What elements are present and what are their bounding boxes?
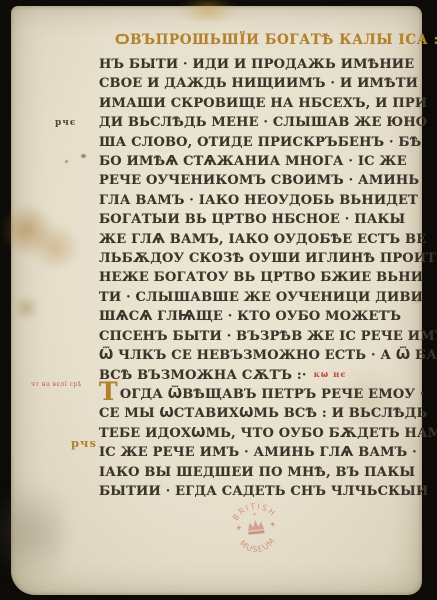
- manuscript-line: ЖЕ ГЛѦ ВАМЪ, ІАКО ОУДОБѢЕ ЕСТЪ ВЕ: [99, 230, 401, 249]
- manuscript-line-text: ВСѢ ВЪЗМОЖНА СѪТЪ :·: [99, 368, 307, 383]
- manuscript-line: НЕЖЕ БОГАТОУ ВЬ ЦРТВО БЖИЕ ВЬНИ: [99, 268, 401, 287]
- manuscript-line: СЕ МЫ ѠСТАВИХѠМЬ ВСѢ : И ВЬСЛѢДЬ: [99, 404, 401, 423]
- gold-initial-letter: Т: [99, 385, 118, 399]
- foxing-stain: [11, 296, 41, 320]
- manuscript-line: РЕЧЕ ОУЧЕНИКОМЪ СВОИМЪ · АМИНЬ: [99, 171, 401, 190]
- manuscript-line: ШѦСѦ ГЛѨЩЕ · КТО ОУБО МОЖЕТЪ: [99, 307, 401, 326]
- manuscript-line: ГЛА ВАМЪ · ІАКО НЕОУДОБЬ ВЬНИДЕТ: [99, 191, 401, 210]
- ink-speck: [81, 154, 86, 158]
- manuscript-line: ІАКО ВЫ ШЕДШЕИ ПО МНѢ, ВЪ ПАКЫ: [99, 463, 401, 482]
- manuscript-line: БОГАТЫИ ВЬ ЦРТВО НБСНОЕ · ПАКЫ: [99, 210, 401, 229]
- corner-stain: [0, 472, 65, 592]
- british-museum-stamp: BRITISH MUSEUM: [224, 497, 288, 561]
- margin-section-number-upper: рчє: [55, 118, 76, 128]
- photo-background: рчє чт на вєлї срѣ рчѕ ѺВЪПРОШЬШЇИ БОГАТ…: [0, 0, 437, 600]
- manuscript-line-text: ОГДА ѾВѢЩАВЪ ПЕТРЪ РЕЧЕ ЕМОУ ·: [120, 387, 425, 402]
- stamp-text-top: BRITISH: [230, 500, 279, 523]
- foxing-stain: [1, 202, 53, 258]
- manuscript-line: ДИ ВЬСЛѢДЬ МЕНЕ · СЛЫШАВ ЖЕ ЮНО: [99, 113, 401, 132]
- manuscript-line: ЛЬБѪДОУ СКОЗѢ ОУШИ ИГЛИНѢ ПРОИТИ,: [99, 249, 401, 268]
- end-of-reading-rubric: кѡ нє: [314, 370, 347, 380]
- svg-text:BRITISH: BRITISH: [230, 500, 279, 523]
- manuscript-page: рчє чт на вєлї срѣ рчѕ ѺВЪПРОШЬШЇИ БОГАТ…: [11, 6, 422, 595]
- manuscript-line: ША СЛОВО, ОТИДЕ ПРИСКРЪБЕНЪ · БѢ: [99, 133, 401, 152]
- manuscript-line: СПСЕНЪ БЫТИ · ВЪЗРѢВ ЖЕ ІС РЕЧЕ ИМЪ ·: [99, 327, 401, 346]
- manuscript-line: СВОЕ И ДАЖДЬ НИЩИИМЪ · И ИМѢТИ: [99, 74, 401, 93]
- text-block: ѺВЪПРОШЬШЇИ БОГАТѢ КАЛЫ ІСА :~ НЪ БЫТИ ·…: [99, 32, 401, 501]
- manuscript-line: БО ИМѢѦ СТѦЖАНИА МНОГА · ІС ЖЕ: [99, 152, 401, 171]
- manuscript-line: ТОГДА ѾВѢЩАВЪ ПЕТРЪ РЕЧЕ ЕМОУ ·: [99, 385, 401, 404]
- stamp-crown-icon: [246, 512, 264, 535]
- ink-speck: [65, 160, 68, 163]
- ink-offset-stain: [169, 1, 247, 19]
- stamp-text-bottom: MUSEUM: [237, 535, 278, 556]
- manuscript-line: ТЕБЕ ИДОХѠМЬ, ЧТО ОУБО БѪДЕТЬ НАМ: [99, 424, 401, 443]
- margin-reading-rubric: чт на вєлї срѣ: [31, 381, 82, 388]
- manuscript-line: ВСѢ ВЪЗМОЖНА СѪТЪ :·кѡ нє: [99, 366, 401, 385]
- manuscript-line: ІС ЖЕ РЕЧЕ ИМЪ · АМИНЬ ГЛѦ ВАМЪ ·: [99, 443, 401, 462]
- manuscript-line: БЫТИИ · ЕГДА САДЕТЬ СНЪ ЧЛЧЬСКЫИ: [99, 482, 401, 501]
- svg-text:MUSEUM: MUSEUM: [237, 535, 278, 556]
- foxing-stain: [27, 226, 83, 268]
- manuscript-line: Ѿ ЧЛКЪ СЕ НЕВЪЗМОЖНО ЕСТЬ · А Ѿ БА: [99, 346, 401, 365]
- manuscript-line: НЪ БЫТИ · ИДИ И ПРОДАЖЬ ИМѢНИЕ: [99, 55, 401, 74]
- manuscript-line: ТИ · СЛЫШАВШЕ ЖЕ ОУЧЕНИЦИ ДИВИ: [99, 288, 401, 307]
- chapter-title-rubric: ѺВЪПРОШЬШЇИ БОГАТѢ КАЛЫ ІСА :~: [115, 32, 401, 48]
- margin-section-number-lower: рчѕ: [71, 436, 97, 450]
- manuscript-line: ИМАШИ СКРОВИЩЕ НА НБСЕХЪ, И ПРИ: [99, 94, 401, 113]
